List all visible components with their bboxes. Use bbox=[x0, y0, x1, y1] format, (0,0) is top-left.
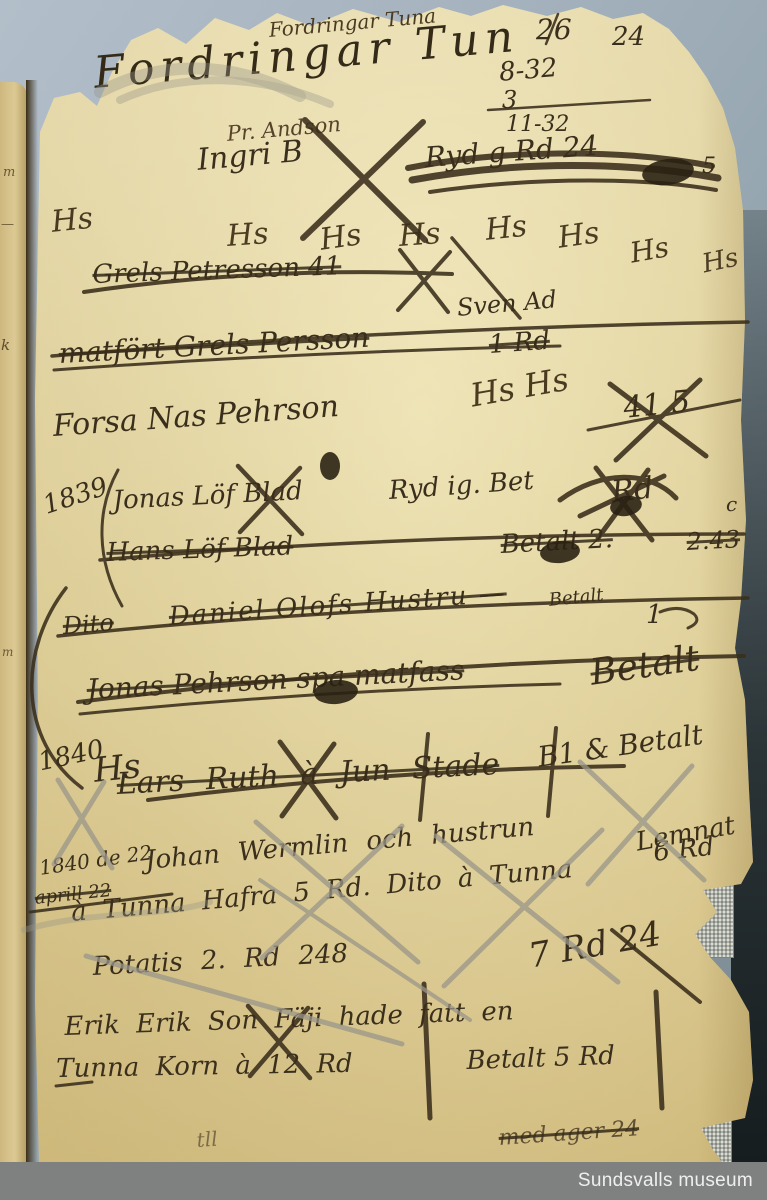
entry-name: Ingri B bbox=[196, 137, 304, 176]
entry-note: Betalt 2. bbox=[500, 526, 613, 558]
header-amount-left: 26 bbox=[536, 16, 572, 44]
entry-amount: 5 bbox=[702, 156, 716, 178]
entry-amount: 2.43 bbox=[686, 527, 741, 554]
margin-bleed-mark: m bbox=[3, 166, 15, 179]
entry-amount: 1 Rd bbox=[488, 328, 551, 358]
watermark-bar: Sundsvalls museum bbox=[0, 1162, 767, 1200]
watermark-text: Sundsvalls museum bbox=[578, 1170, 753, 1192]
sum-column-mid: 3 bbox=[502, 88, 517, 112]
facing-page-edge bbox=[0, 82, 27, 1200]
entry-amount: 1 bbox=[646, 602, 663, 628]
entry-name: Hans Löf Blad bbox=[106, 533, 294, 566]
tally-mark: Hs bbox=[628, 233, 671, 267]
entry-amount: 6 Rd bbox=[652, 834, 715, 866]
tally-mark: Hs bbox=[556, 218, 601, 253]
margin-bleed-mark: k bbox=[1, 338, 10, 353]
entry-note: c bbox=[726, 494, 737, 514]
header-amount-right: 24 bbox=[612, 24, 645, 50]
entry-note: Tunna Korn à 12 Rd bbox=[56, 1051, 353, 1082]
entry-note: Betalt 5 Rd bbox=[466, 1043, 615, 1074]
entry-amount: Rd bbox=[610, 474, 655, 508]
margin-bleed-mark: — bbox=[1, 218, 14, 231]
tally-mark: Hs bbox=[484, 212, 528, 246]
tally-mark: Hs bbox=[398, 219, 442, 252]
tally-mark: Hs bbox=[226, 219, 270, 252]
tally-mark: Hs bbox=[700, 245, 741, 278]
scanned-page-photo: m — k m Fordringar Tuna 26 24 Fordringar… bbox=[0, 0, 767, 1200]
faded-note: tll bbox=[196, 1129, 218, 1150]
sum-column-top: 8-32 bbox=[498, 55, 558, 86]
entry-note: Dito bbox=[62, 610, 115, 638]
tally-mark: Hs bbox=[50, 204, 94, 238]
margin-bleed-mark: m bbox=[2, 646, 13, 658]
entry-amount: 41 5 bbox=[622, 387, 692, 424]
